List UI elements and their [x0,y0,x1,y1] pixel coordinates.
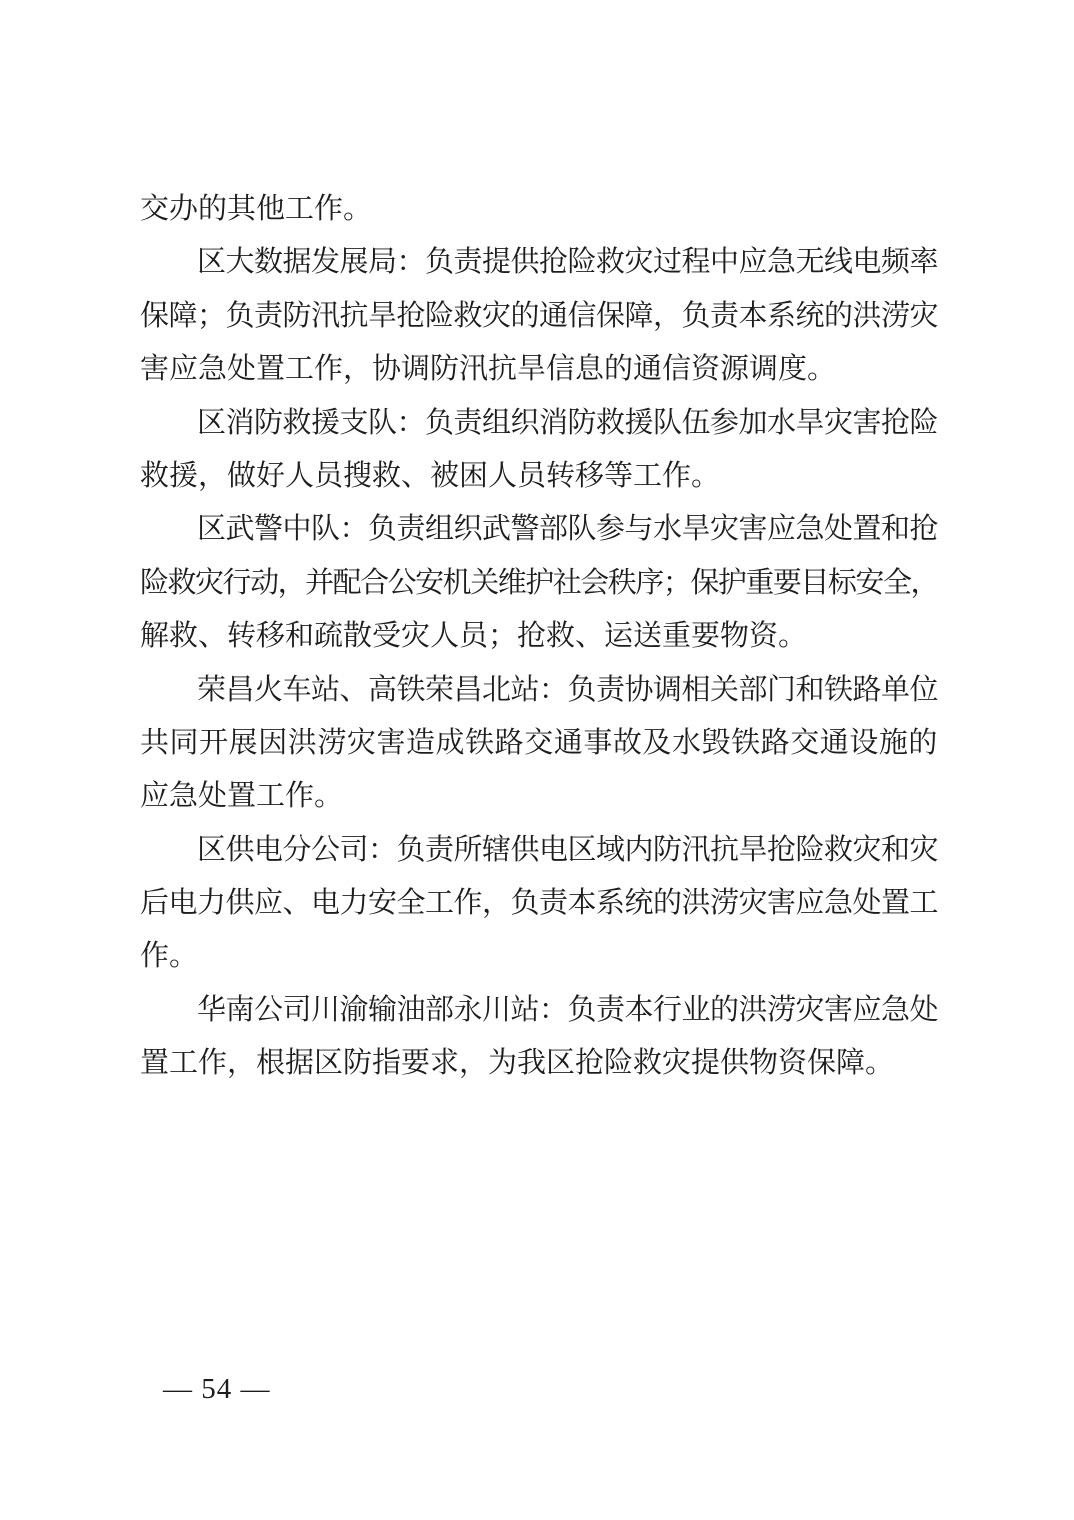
text-line: 区消防救援支队：负责组织消防救援队伍参加水旱灾害抢险 [140,397,938,450]
text-line-content: 后电力供应、电力安全工作，负责本系统的洪涝灾害应急处置工 [140,877,938,930]
page-number: — 54 — [163,1369,271,1409]
text-line-content: 保障；负责防汛抗旱抢险救灾的通信保障，负责本系统的洪涝灾 [140,290,938,343]
text-line: 救援，做好人员搜救、被困人员转移等工作。 [140,450,938,503]
text-line: 置工作，根据区防指要求，为我区抢险救灾提供物资保障。 [140,1037,938,1090]
text-line-content: 作。 [140,930,198,983]
text-line-content: 区武警中队：负责组织武警部队参与水旱灾害应急处置和抢 [140,503,938,556]
text-line: 交办的其他工作。 [140,183,938,236]
body-text: 交办的其他工作。 区大数据发展局：负责提供抢险救灾过程中应急无线电频率 保障；负… [140,183,938,1091]
text-line-content: 区消防救援支队：负责组织消防救援队伍参加水旱灾害抢险 [140,397,938,450]
text-line-content: 害应急处置工作，协调防汛抗旱信息的通信资源调度。 [140,343,836,396]
text-line-content: 险救灾行动，并配合公安机关维护社会秩序；保护重要目标安全， [140,557,938,610]
text-line-content: 置工作，根据区防指要求，为我区抢险救灾提供物资保障。 [140,1037,894,1090]
text-line-content: 交办的其他工作。 [140,183,372,236]
text-line: 解救、转移和疏散受灾人员；抢救、运送重要物资。 [140,610,938,663]
text-line: 区武警中队：负责组织武警部队参与水旱灾害应急处置和抢 [140,503,938,556]
text-line: 害应急处置工作，协调防汛抗旱信息的通信资源调度。 [140,343,938,396]
text-line: 荣昌火车站、高铁荣昌北站：负责协调相关部门和铁路单位 [140,664,938,717]
text-line: 应急处置工作。 [140,770,938,823]
text-line: 共同开展因洪涝灾害造成铁路交通事故及水毁铁路交通设施的 [140,717,938,770]
text-line-content: 华南公司川渝输油部永川站：负责本行业的洪涝灾害应急处 [140,984,938,1037]
text-line-content: 救援，做好人员搜救、被困人员转移等工作。 [140,450,720,503]
text-line: 区供电分公司：负责所辖供电区域内防汛抗旱抢险救灾和灾 [140,824,938,877]
text-line-content: 应急处置工作。 [140,770,343,823]
text-line-content: 共同开展因洪涝灾害造成铁路交通事故及水毁铁路交通设施的 [140,717,938,770]
text-line-content: 荣昌火车站、高铁荣昌北站：负责协调相关部门和铁路单位 [140,664,938,717]
text-line: 险救灾行动，并配合公安机关维护社会秩序；保护重要目标安全， [140,557,938,610]
document-page: 交办的其他工作。 区大数据发展局：负责提供抢险救灾过程中应急无线电频率 保障；负… [0,0,1074,1520]
text-line: 区大数据发展局：负责提供抢险救灾过程中应急无线电频率 [140,236,938,289]
text-line: 后电力供应、电力安全工作，负责本系统的洪涝灾害应急处置工 [140,877,938,930]
text-line: 华南公司川渝输油部永川站：负责本行业的洪涝灾害应急处 [140,984,938,1037]
text-line: 保障；负责防汛抗旱抢险救灾的通信保障，负责本系统的洪涝灾 [140,290,938,343]
text-line-content: 解救、转移和疏散受灾人员；抢救、运送重要物资。 [140,610,807,663]
text-line-content: 区供电分公司：负责所辖供电区域内防汛抗旱抢险救灾和灾 [140,824,938,877]
text-line-content: 区大数据发展局：负责提供抢险救灾过程中应急无线电频率 [140,236,938,289]
text-line: 作。 [140,930,938,983]
